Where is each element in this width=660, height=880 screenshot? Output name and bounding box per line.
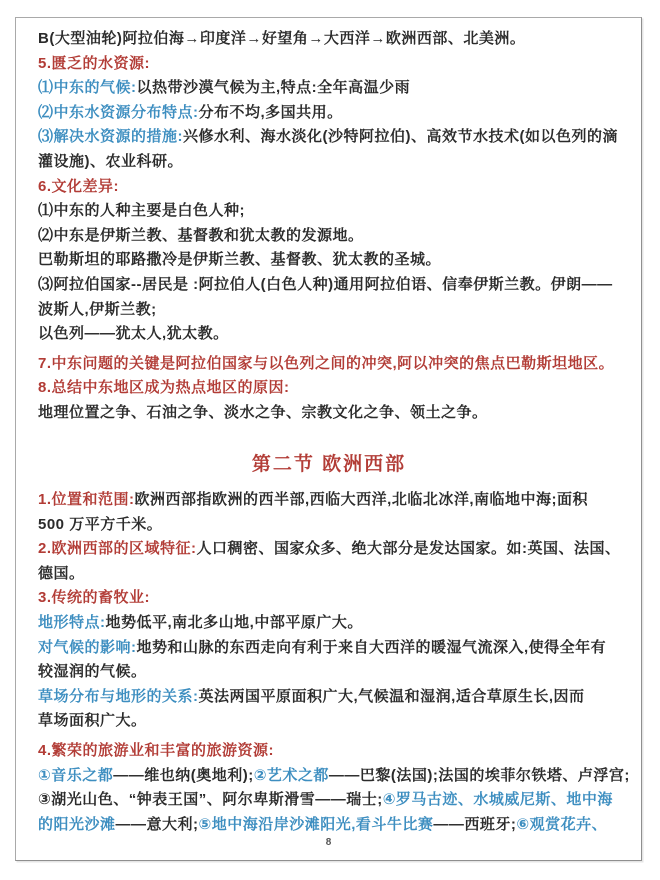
text-segment: ⑥观赏花卉、 bbox=[516, 816, 607, 833]
text-segment: ——维也纳(奥地利); bbox=[113, 767, 254, 784]
text-line: 1.位置和范围:欧洲西部指欧洲的西半部,西临大西洋,北临北冰洋,南临地中海;面积 bbox=[38, 488, 620, 513]
text-segment: 草场面积广大。 bbox=[38, 712, 147, 729]
text-line: 灌设施)、农业科研。 bbox=[38, 150, 620, 175]
text-segment: ⑶解决水资源的措施: bbox=[38, 128, 183, 145]
text-segment: 英法两国平原面积广大,气候温和湿润,适合草原生长,因而 bbox=[199, 688, 585, 705]
text-line: 8.总结中东地区成为热点地区的原因: bbox=[38, 376, 620, 401]
text-segment: 分布不均,多国共用。 bbox=[199, 104, 343, 121]
text-segment: 波斯人,伊斯兰教; bbox=[38, 301, 157, 318]
text-segment: 以色列——犹太人,犹太教。 bbox=[38, 325, 229, 342]
text-line: ⑵中东水资源分布特点:分布不均,多国共用。 bbox=[38, 101, 620, 126]
text-segment: ⑵中东水资源分布特点: bbox=[38, 104, 199, 121]
text-segment: 8.总结中东地区成为热点地区的原因: bbox=[38, 379, 290, 396]
text-segment: 的阳光沙滩 bbox=[38, 816, 116, 833]
text-segment: 巴勒斯坦的耶路撒冷是伊斯兰教、基督教、犹太教的圣城。 bbox=[38, 251, 441, 268]
text-segment: ——意大利; bbox=[116, 816, 199, 833]
text-line: 较湿润的气候。 bbox=[38, 660, 620, 685]
text-line: 巴勒斯坦的耶路撒冷是伊斯兰教、基督教、犹太教的圣城。 bbox=[38, 248, 620, 273]
text-segment: ⑤地中海沿岸沙滩阳光,看斗牛比赛 bbox=[199, 816, 434, 833]
text-line: 的阳光沙滩——意大利;⑤地中海沿岸沙滩阳光,看斗牛比赛——西班牙;⑥观赏花卉、 bbox=[38, 813, 620, 838]
text-segment: ——西班牙; bbox=[433, 816, 516, 833]
text-line: ⑴中东的气候:以热带沙漠气候为主,特点:全年高温少雨 bbox=[38, 76, 620, 101]
text-line: 对气候的影响:地势和山脉的东西走向有利于来自大西洋的暖湿气流深入,使得全年有 bbox=[38, 636, 620, 661]
text-segment: 第二节 欧洲西部 bbox=[252, 454, 406, 475]
text-line: 500 万平方千米。 bbox=[38, 513, 620, 538]
document-viewport: B(大型油轮)阿拉伯海→印度洋→好望角→大西洋→欧洲西部、北美洲。5.匮乏的水资… bbox=[0, 0, 660, 880]
text-line: 第二节 欧洲西部 bbox=[38, 453, 620, 478]
page-number: 8 bbox=[16, 837, 641, 848]
text-segment: ②艺术之都 bbox=[254, 767, 329, 784]
text-line: 地理位置之争、石油之争、淡水之争、宗教文化之争、领土之争。 bbox=[38, 401, 620, 426]
text-segment: 兴修水利、海水淡化(沙特阿拉伯)、高效节水技术(如以色列的滴 bbox=[183, 128, 618, 145]
text-segment: 欧洲西部指欧洲的西半部,西临大西洋,北临北冰洋,南临地中海;面积 bbox=[135, 491, 589, 508]
text-segment: 地理位置之争、石油之争、淡水之争、宗教文化之争、领土之争。 bbox=[38, 404, 488, 421]
document-page: B(大型油轮)阿拉伯海→印度洋→好望角→大西洋→欧洲西部、北美洲。5.匮乏的水资… bbox=[15, 17, 642, 861]
text-segment: ⑴中东的人种主要是白色人种; bbox=[38, 202, 245, 219]
text-segment: 1.位置和范围: bbox=[38, 491, 135, 508]
text-segment: 3.传统的畜牧业: bbox=[38, 589, 150, 606]
text-line: ⑶解决水资源的措施:兴修水利、海水淡化(沙特阿拉伯)、高效节水技术(如以色列的滴 bbox=[38, 125, 620, 150]
text-line: 7.中东问题的关键是阿拉伯国家与以色列之间的冲突,阿以冲突的焦点巴勒斯坦地区。 bbox=[38, 352, 620, 377]
text-segment: ④罗马古迹、水城威尼斯、地中海 bbox=[383, 791, 613, 808]
text-line: ⑴中东的人种主要是白色人种; bbox=[38, 199, 620, 224]
text-segment: 地势和山脉的东西走向有利于来自大西洋的暖湿气流深入,使得全年有 bbox=[137, 639, 607, 656]
text-segment: ①音乐之都 bbox=[38, 767, 113, 784]
text-line: B(大型油轮)阿拉伯海→印度洋→好望角→大西洋→欧洲西部、北美洲。 bbox=[38, 27, 620, 52]
page-content: B(大型油轮)阿拉伯海→印度洋→好望角→大西洋→欧洲西部、北美洲。5.匮乏的水资… bbox=[38, 27, 620, 837]
text-line: ①音乐之都——维也纳(奥地利);②艺术之都——巴黎(法国);法国的埃菲尔铁塔、卢… bbox=[38, 764, 620, 789]
text-line: 2.欧洲西部的区域特征:人口稠密、国家众多、绝大部分是发达国家。如:英国、法国、 bbox=[38, 537, 620, 562]
text-line: 4.繁荣的旅游业和丰富的旅游资源: bbox=[38, 739, 620, 764]
text-segment: ⑴中东的气候: bbox=[38, 79, 137, 96]
text-line: 5.匮乏的水资源: bbox=[38, 52, 620, 77]
text-line: 以色列——犹太人,犹太教。 bbox=[38, 322, 620, 347]
text-segment: 5.匮乏的水资源: bbox=[38, 55, 150, 72]
text-line: ⑵中东是伊斯兰教、基督教和犹太教的发源地。 bbox=[38, 224, 620, 249]
text-line: ③湖光山色、“钟表王国”、阿尔卑斯滑雪——瑞士;④罗马古迹、水城威尼斯、地中海 bbox=[38, 788, 620, 813]
text-line: 6.文化差异: bbox=[38, 175, 620, 200]
text-segment: ——巴黎(法国);法国的埃菲尔铁塔、卢浮宫; bbox=[329, 767, 630, 784]
text-segment: 人口稠密、国家众多、绝大部分是发达国家。如:英国、法国、 bbox=[197, 540, 621, 557]
text-segment: 6.文化差异: bbox=[38, 178, 119, 195]
text-segment: B(大型油轮)阿拉伯海→印度洋→好望角→大西洋→欧洲西部、北美洲。 bbox=[38, 30, 525, 47]
text-line: 3.传统的畜牧业: bbox=[38, 586, 620, 611]
text-segment: ⑶阿拉伯国家--居民是 :阿拉伯人(白色人种)通用阿拉伯语、信奉伊斯兰教。伊朗—… bbox=[38, 276, 613, 293]
text-segment: 对气候的影响: bbox=[38, 639, 137, 656]
text-segment: 7.中东问题的关键是阿拉伯国家与以色列之间的冲突,阿以冲突的焦点巴勒斯坦地区。 bbox=[38, 355, 614, 372]
text-segment: 4.繁荣的旅游业和丰富的旅游资源: bbox=[38, 742, 274, 759]
text-line: 草场分布与地形的关系:英法两国平原面积广大,气候温和湿润,适合草原生长,因而 bbox=[38, 685, 620, 710]
text-segment: 地形特点: bbox=[38, 614, 106, 631]
text-segment: 灌设施)、农业科研。 bbox=[38, 153, 183, 170]
text-segment: 较湿润的气候。 bbox=[38, 663, 147, 680]
text-segment: 2.欧洲西部的区域特征: bbox=[38, 540, 197, 557]
text-segment: 地势低平,南北多山地,中部平原广大。 bbox=[106, 614, 363, 631]
text-segment: 草场分布与地形的关系: bbox=[38, 688, 199, 705]
text-line: 德国。 bbox=[38, 562, 620, 587]
text-line: 波斯人,伊斯兰教; bbox=[38, 298, 620, 323]
text-line: 地形特点:地势低平,南北多山地,中部平原广大。 bbox=[38, 611, 620, 636]
text-line: ⑶阿拉伯国家--居民是 :阿拉伯人(白色人种)通用阿拉伯语、信奉伊斯兰教。伊朗—… bbox=[38, 273, 620, 298]
text-segment: 以热带沙漠气候为主,特点:全年高温少雨 bbox=[137, 79, 411, 96]
text-segment: ⑵中东是伊斯兰教、基督教和犹太教的发源地。 bbox=[38, 227, 364, 244]
text-segment: 500 万平方千米。 bbox=[38, 516, 162, 533]
text-segment: 德国。 bbox=[38, 565, 85, 582]
text-line: 草场面积广大。 bbox=[38, 709, 620, 734]
text-segment: ③湖光山色、“钟表王国”、阿尔卑斯滑雪——瑞士; bbox=[38, 791, 383, 808]
